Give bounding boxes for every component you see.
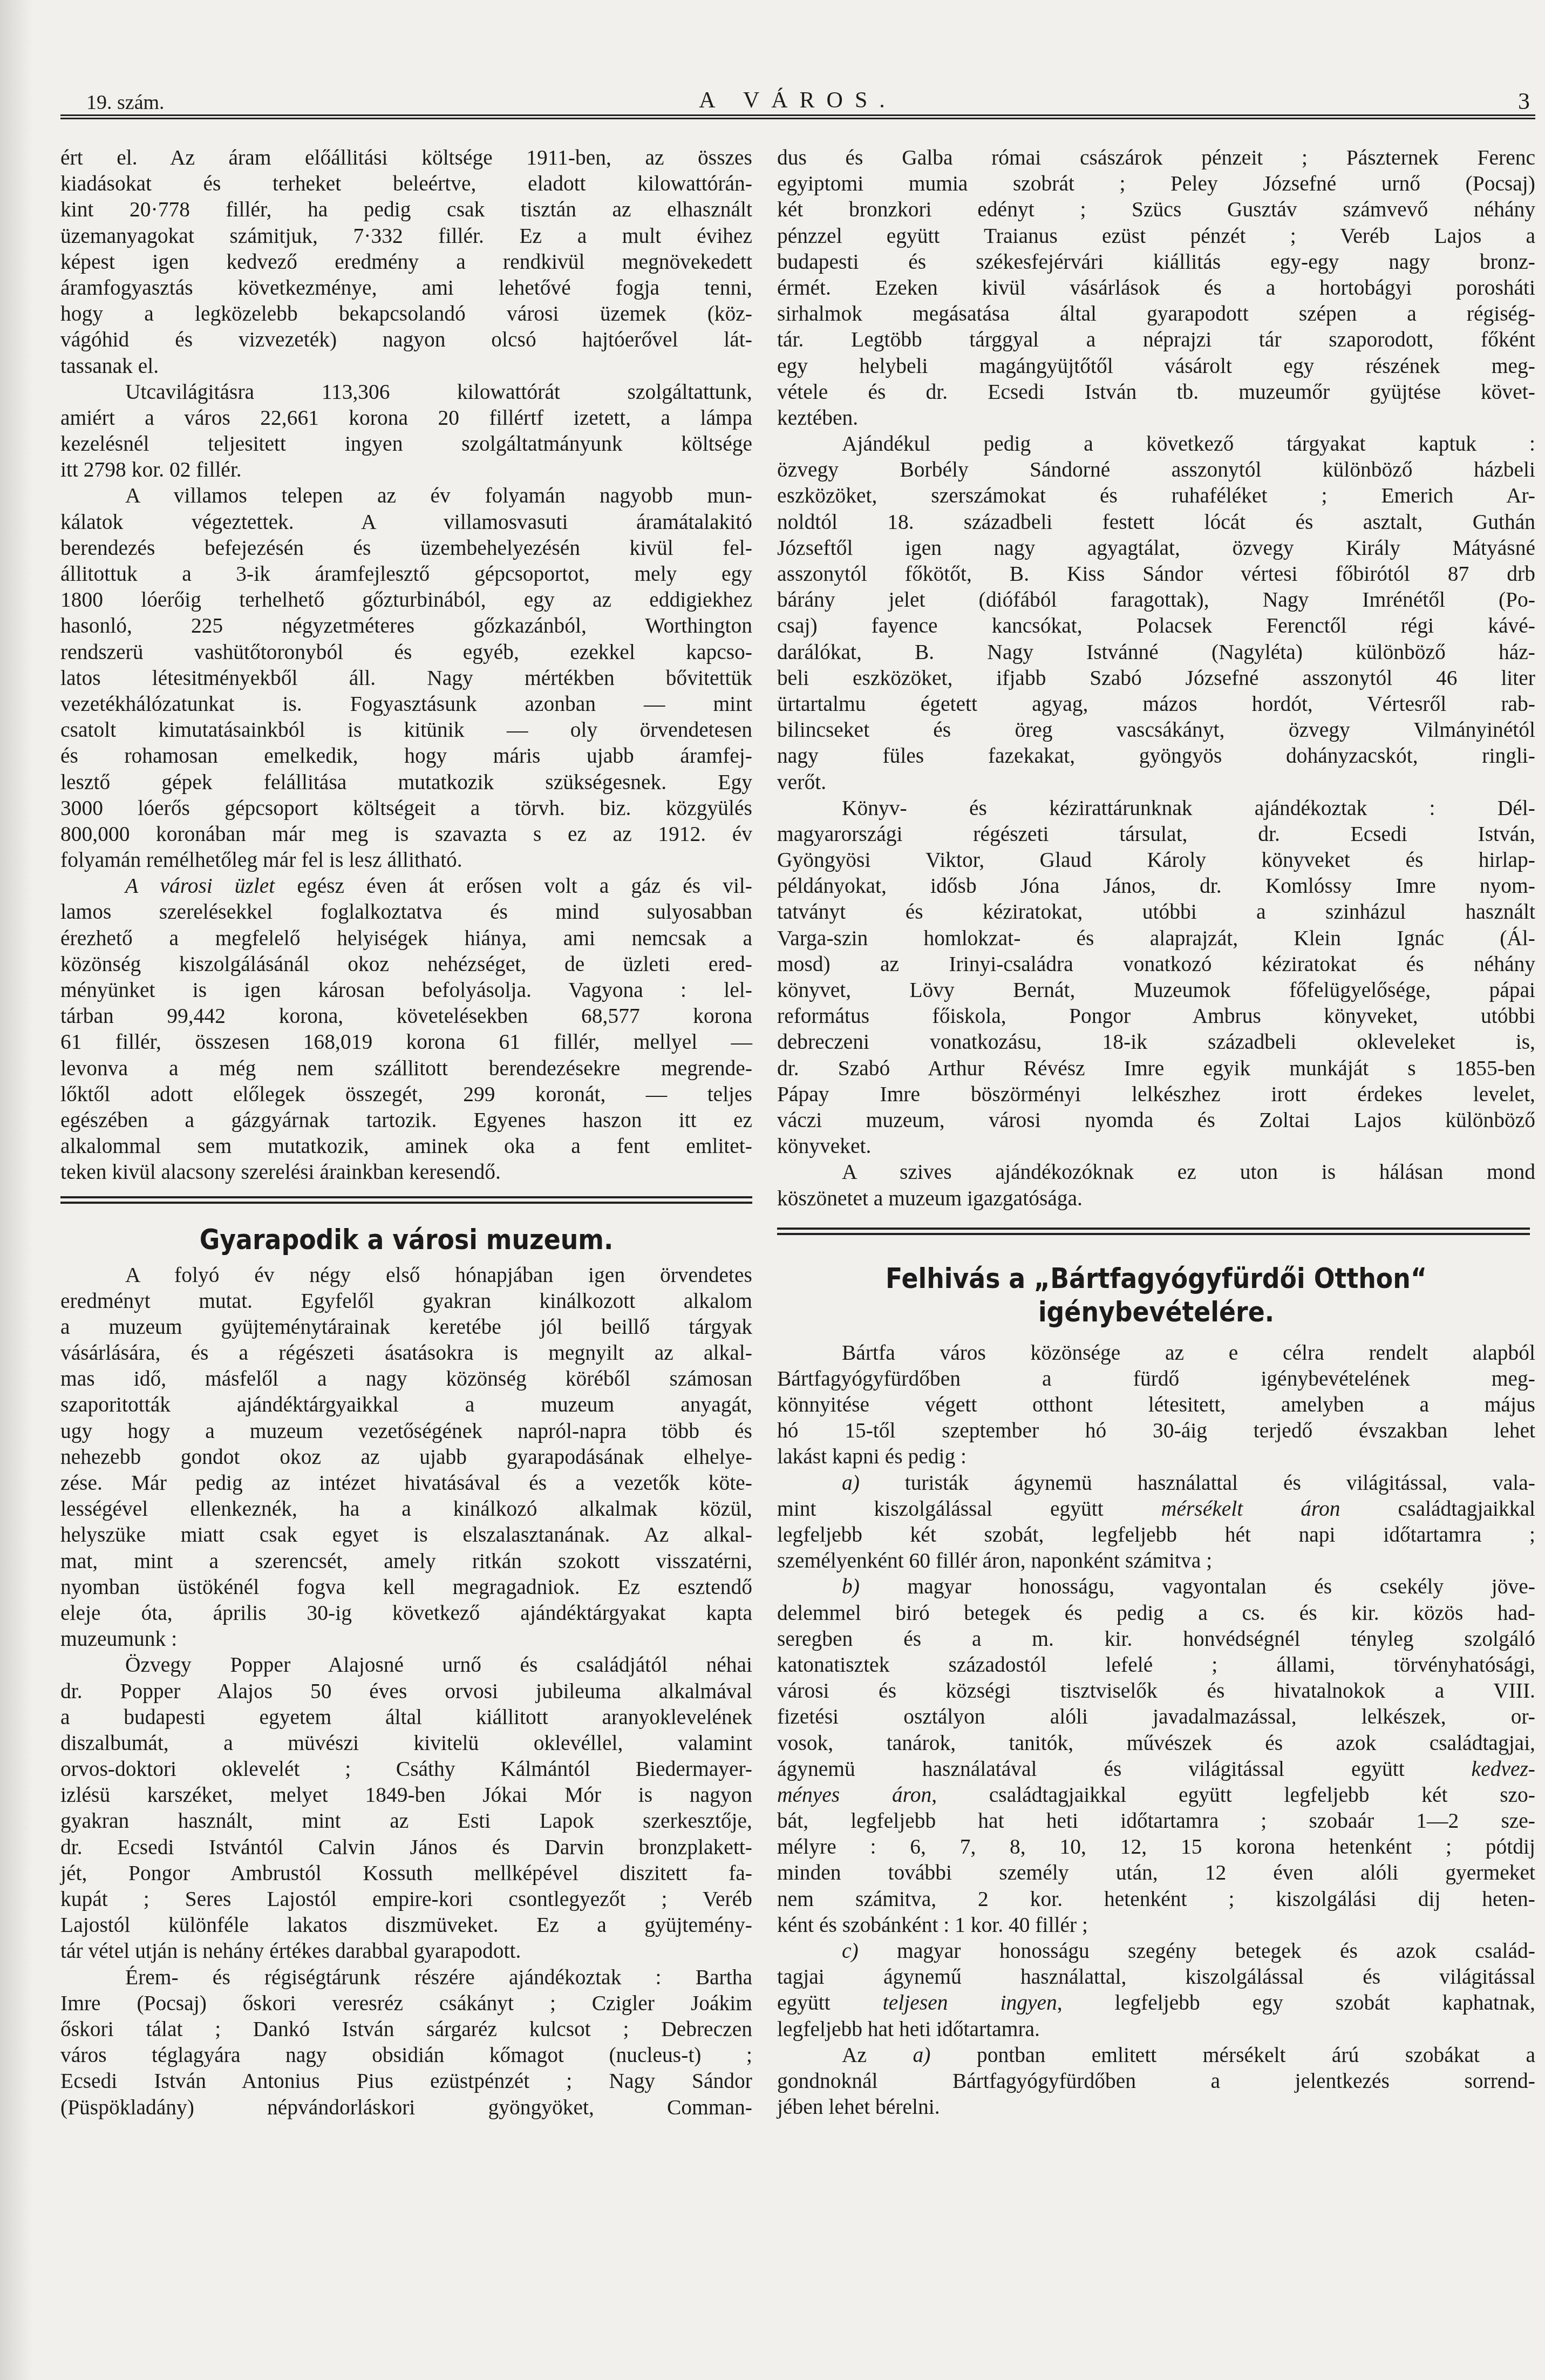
text-line: könyveket. [777, 1133, 1535, 1159]
text-line: jében lehet bérelni. [777, 2094, 1535, 2120]
text-line: amiért a város 22,661 korona 20 fillértf… [60, 405, 752, 431]
text-line: diszalbumát, a müvészi kivitelü oklevéll… [60, 1730, 752, 1756]
text-line: tagjai ágynemű használattal, kiszolgálás… [777, 1964, 1535, 1990]
text-line: dus és Galba római császárok pénzeit ; P… [777, 145, 1535, 171]
text-line: 61 fillér, összesen 168,019 korona 61 fi… [60, 1029, 752, 1055]
text-line: áramfogyasztás következménye, ami lehető… [60, 275, 752, 301]
text-line: gondnoknál Bártfagyógyfürdőben a jelentk… [777, 2068, 1535, 2094]
bartfa-article-heading-line2: igénybevételére. [822, 1296, 1489, 1329]
text-line: dr. Szabó Arthur Révész Imre egyik munká… [777, 1055, 1535, 1081]
text-line: lakást kapni és pedig : [777, 1443, 1535, 1469]
text-line: város téglagyára nagy obsidián kőmagot (… [60, 2042, 752, 2068]
section-divider-rule [60, 1196, 752, 1204]
text-line: bárány jelet (diófából faragottak), Nagy… [777, 587, 1535, 613]
text-line: pénzzel együtt Traianus ezüst pénzét ; V… [777, 223, 1535, 249]
text-line: Varga-szin homlokzat- és alaprajzát, Kle… [777, 925, 1535, 951]
text-line: a) turisták ágynemü használattal és vilá… [777, 1470, 1535, 1496]
text-line: vezetékhálózatunkat is. Fogyasztásunk az… [60, 691, 752, 717]
running-head: 19. szám. A VÁROS. 3 [60, 81, 1535, 113]
text-line: és rohamosan emelkedik, hogy máris ujabb… [60, 743, 752, 769]
text-line: mas idő, másfelől a nagy közönség körébő… [60, 1366, 752, 1392]
article-bartfa-home: Bártfa város közönsége az e célra rendel… [777, 1340, 1535, 2120]
text-line: egy helybeli magángyüjtőtől vásárolt egy… [777, 353, 1535, 379]
text-line: mélyre : 6, 7, 8, 10, 12, 15 korona hete… [777, 1834, 1535, 1860]
text-line: Lajostól különféle lakatos diszmüveket. … [60, 1912, 752, 1938]
text-line: latos létesitményekből áll. Nagy mértékb… [60, 665, 752, 691]
text-line: 1800 lóerőig terhelhető gőzturbinából, e… [60, 587, 752, 613]
text-line: fizetési osztályon alóli javadalmazással… [777, 1704, 1535, 1730]
text-line: tassanak el. [60, 353, 752, 379]
text-line: Ajándékul pedig a következő tárgyakat ka… [777, 431, 1535, 457]
text-line: keztében. [777, 405, 1535, 431]
text-line: hogy a legközelebb bekapcsolandó városi … [60, 301, 752, 327]
text-line: beli eszközöket, ifjabb Szabó Józsefné a… [777, 665, 1535, 691]
text-line: dr. Ecsedi Istvántól Calvin János és Dar… [60, 1834, 752, 1860]
text-line: legfeljebb hat heti időtartamra. [777, 2016, 1535, 2042]
page-edge-shadow [0, 0, 32, 2380]
text-line: ményünket is igen károsan befolyásolja. … [60, 977, 752, 1003]
text-line: tatványt és kéziratokat, utóbbi a szinhá… [777, 899, 1535, 925]
text-line: folyamán remélhetőleg már fel is lesz ál… [60, 847, 752, 873]
text-line: A villamos telepen az év folyamán nagyob… [60, 483, 752, 508]
text-line: ményes áron, családtagjaikkal együtt leg… [777, 1782, 1535, 1808]
text-line: nem számitva, 2 kor. hetenként ; kiszolg… [777, 1886, 1535, 1912]
text-line: teken kivül alacsony szerelési árainkban… [60, 1159, 752, 1185]
text-line: Ecsedi István Antonius Pius ezüstpénzét … [60, 2068, 752, 2094]
text-line: eredményt mutat. Egyfelől gyakran kinálk… [60, 1288, 752, 1314]
text-line: izlésü karszéket, melyet 1849-ben Jókai … [60, 1782, 752, 1808]
article-museum: A folyó év négy első hónapjában igen örv… [60, 1262, 752, 2120]
text-line: bát, legfeljebb hat heti időtartamra ; s… [777, 1808, 1535, 1834]
text-line: kálatok végeztettek. A villamosvasuti ár… [60, 509, 752, 535]
text-line: érmét. Ezeken kivül vásárlások és a hort… [777, 275, 1535, 301]
text-line: (Püspökladány) népvándorláskori gyöngyök… [60, 2094, 752, 2120]
text-line: ágynemü használatával és világitással eg… [777, 1756, 1535, 1782]
text-line: muzeumunk : [60, 1626, 752, 1652]
text-line: könyvet, Lövy Bernát, Muzeumok főfelügye… [777, 977, 1535, 1003]
text-line: gyakran használt, mint az Esti Lapok sze… [60, 1808, 752, 1834]
text-line: rendszerü vashütőtoronyból és egyéb, eze… [60, 639, 752, 665]
text-line: alkalommal sem mutatkozik, aminek oka a … [60, 1133, 752, 1159]
text-line: kiadásokat és terheket beleértve, eladot… [60, 171, 752, 196]
text-line: c) magyar honosságu szegény betegek és a… [777, 1938, 1535, 1964]
text-line: Bártfa város közönsége az e célra rendel… [777, 1340, 1535, 1366]
text-line: levonva a még nem szállitott berendezése… [60, 1055, 752, 1081]
text-line: érezhető a megfelelő helyiségek hiánya, … [60, 925, 752, 951]
text-line: közönség kiszolgálásánál okoz nehézséget… [60, 951, 752, 977]
text-line: tárban 99,442 korona, követelésekben 68,… [60, 1003, 752, 1029]
text-line: nagy füles fazekakat, gyöngyös dohányzac… [777, 743, 1535, 769]
text-line: mint kiszolgálással együtt mérsékelt áro… [777, 1496, 1535, 1522]
text-line: egészében a gázgyárnak tartozik. Egyenes… [60, 1107, 752, 1133]
text-line: köszönetet a muzeum igazgatósága. [777, 1185, 1535, 1211]
text-line: példányokat, idősb Jóna János, dr. Komló… [777, 873, 1535, 899]
text-line: lességével ellenkeznék, ha a kinálkozó a… [60, 1496, 752, 1522]
text-line: vágóhid és vizvezeték) nagyon olcsó hajt… [60, 327, 752, 352]
text-line: debreczeni vonatkozásu, 18-ik századbeli… [777, 1029, 1535, 1055]
text-line: egyiptomi mumia szobrát ; Peley Józsefné… [777, 171, 1535, 196]
text-line: b) magyar honosságu, vagyontalan és csek… [777, 1574, 1535, 1599]
text-line: szaporitották ajándéktárgyaikkal a muzeu… [60, 1392, 752, 1418]
text-line: Pápay Imre böszörményi lelkészhez irott … [777, 1081, 1535, 1107]
text-line: asszonytól főkötőt, B. Kiss Sándor vérte… [777, 561, 1535, 587]
text-line: darálókat, B. Nagy Istvánné (Nagyléta) k… [777, 639, 1535, 665]
text-line: hó 15-től szeptember hó 30-áig terjedő é… [777, 1418, 1535, 1443]
text-line: özvegy Borbély Sándorné asszonytól külön… [777, 457, 1535, 483]
left-column: ért el. Az áram előállitási költsége 191… [60, 145, 752, 2120]
text-line: Az a) pontban emlitett mérsékelt árú szo… [777, 2042, 1535, 2068]
text-line: legfeljebb két szobát, legfeljebb hét na… [777, 1522, 1535, 1548]
text-line: csatolt kimutatásainkból is kitünik — ol… [60, 717, 752, 743]
text-line: helyszüke miatt csak egyet is elszalaszt… [60, 1522, 752, 1548]
article-electric-works: ért el. Az áram előállitási költsége 191… [60, 145, 752, 1185]
text-line: vétele és dr. Ecsedi István tb. muzeumőr… [777, 379, 1535, 405]
text-line: kezelésnél teljesitett ingyen szolgáltat… [60, 431, 752, 457]
text-line: eleje óta, április 30-ig következő ajánd… [60, 1600, 752, 1626]
text-line: berendezés befejezésén és üzembehelyezés… [60, 535, 752, 561]
text-line: dr. Popper Alajos 50 éves orvosi jubileu… [60, 1678, 752, 1704]
text-line: magyarországi régészeti társulat, dr. Ec… [777, 821, 1535, 847]
text-line: képest igen kedvező eredmény a rendkivül… [60, 249, 752, 275]
text-line: lesztő gépek felállitása mutatkozik szük… [60, 769, 752, 795]
text-line: lamos szerelésekkel foglalkoztatva és mi… [60, 899, 752, 925]
text-line: csaj) fayence kancsókat, Polacsek Ferenc… [777, 613, 1535, 639]
text-line: a muzeum gyüjteménytárainak keretébe jól… [60, 1314, 752, 1340]
text-line: zése. Már pedig az intézet hivatásával é… [60, 1470, 752, 1496]
text-line: eszközöket, szerszámokat és ruhaféléket … [777, 483, 1535, 508]
text-line: Bártfagyógyfürdőben a fürdő igénybevétel… [777, 1366, 1535, 1392]
text-line: minden további személy után, 12 éven aló… [777, 1860, 1535, 1886]
text-line: nyomban üstökénél fogva kell megragadnio… [60, 1574, 752, 1600]
text-line: kint 20·778 fillér, ha pedig csak tisztá… [60, 196, 752, 222]
text-line: Utcavilágitásra 113,306 kilowattórát szo… [60, 379, 752, 405]
text-line: református főiskola, Pongor Ambrus könyv… [777, 1003, 1535, 1029]
header-rule [60, 114, 1535, 119]
text-line: katonatisztek századostól lefelé ; állam… [777, 1652, 1535, 1678]
text-line: ugy hogy a muzeum vezetőségének napról-n… [60, 1418, 752, 1444]
text-line: delemmel biró betegek és pedig a cs. és … [777, 1600, 1535, 1626]
text-line: vásárlására, és a régészeti ásatásokra i… [60, 1340, 752, 1366]
text-line: noldtól 18. századbeli festett lócát és … [777, 509, 1535, 535]
text-line: jét, Pongor Ambrustól Kossuth mellképéve… [60, 1860, 752, 1886]
text-line: sirhalmok megásatása által gyarapodott s… [777, 301, 1535, 327]
section-divider-rule [777, 1228, 1530, 1235]
right-column: dus és Galba római császárok pénzeit ; P… [777, 145, 1535, 2120]
text-line: A városi üzlet egész éven át erősen volt… [60, 873, 752, 899]
text-line: együtt teljesen ingyen, legfeljebb egy s… [777, 1990, 1535, 2016]
text-line: budapesti és székesfejérvári kiállitás e… [777, 249, 1535, 275]
page-number: 3 [1518, 87, 1530, 115]
article-museum-continued: dus és Galba római császárok pénzeit ; P… [777, 145, 1535, 1211]
text-line: nehezebb gondot okoz az ujabb gyarapodás… [60, 1444, 752, 1470]
text-line: 3000 lóerős gépcsoport költségeit a törv… [60, 795, 752, 821]
text-line: városi és községi tisztviselők és hivata… [777, 1678, 1535, 1704]
text-line: Gyöngyösi Viktor, Glaud Károly könyveket… [777, 847, 1535, 873]
text-line: Józseftől igen nagy agyagtálat, özvegy K… [777, 535, 1535, 561]
text-line: itt 2798 kor. 02 fillér. [60, 457, 752, 483]
text-line: seregben és a m. kir. honvédségnél tényl… [777, 1626, 1535, 1652]
text-line: mosd) az Irinyi-családra vonatkozó kézir… [777, 951, 1535, 977]
text-line: Érem- és régiségtárunk részére ajándékoz… [60, 1964, 752, 1990]
text-line: könnyitése végett otthont létesitett, am… [777, 1392, 1535, 1418]
bartfa-article-heading-line1: Felhivás a „Bártfagyógyfürdői Otthon“ [822, 1262, 1489, 1296]
text-line: A folyó év négy első hónapjában igen örv… [60, 1262, 752, 1288]
text-line: Imre (Pocsaj) őskori veresréz csákányt ;… [60, 1990, 752, 2016]
text-line: verőt. [777, 769, 1535, 795]
text-line: személyenként 60 fillér áron, naponként … [777, 1548, 1535, 1574]
text-line: tár vétel utján is nehány értékes darabb… [60, 1938, 752, 1964]
text-line: ért el. Az áram előállitási költsége 191… [60, 145, 752, 171]
text-line: 800,000 koronában már meg is szavazta s … [60, 821, 752, 847]
text-line: A szives ajándékozóknak ez uton is hálás… [777, 1159, 1535, 1185]
text-line: mat, mint a szerencsét, amely ritkán szo… [60, 1548, 752, 1574]
text-line: hasonló, 225 négyzetméteres gőzkazánból,… [60, 613, 752, 639]
text-line: Özvegy Popper Alajosné urnő és családját… [60, 1652, 752, 1678]
text-line: ként és szobánként : 1 kor. 40 fillér ; [777, 1912, 1535, 1938]
text-line: orvos-doktori oklevelét ; Csáthy Kálmánt… [60, 1756, 752, 1782]
text-line: lőktől adott előlegek összegét, 299 koro… [60, 1081, 752, 1107]
text-line: a budapesti egyetem által kiállitott ara… [60, 1704, 752, 1730]
text-line: Könyv- és kézirattárunknak ajándékoztak … [777, 795, 1535, 821]
text-line: őskori tálat ; Dankó István sárgaréz kul… [60, 2016, 752, 2042]
publication-title: A VÁROS. [60, 87, 1535, 113]
text-line: két bronzkori edényt ; Szücs Gusztáv szá… [777, 196, 1535, 222]
museum-article-heading: Gyarapodik a városi muzeum. [102, 1223, 711, 1257]
text-line: ürtartalmu égetett agyag, mázos hordót, … [777, 691, 1535, 717]
text-line: üzemanyagokat számitjuk, 7·332 fillér. E… [60, 223, 752, 249]
text-line: vosok, tanárok, tanitók, művészek és azo… [777, 1730, 1535, 1756]
text-line: tár. Legtöbb tárggyal a néprajzi tár sza… [777, 327, 1535, 352]
text-line: váczi muzeum, városi nyomda és Zoltai La… [777, 1107, 1535, 1133]
text-line: bilincseket és öreg vascsákányt, özvegy … [777, 717, 1535, 743]
text-line: állitottuk a 3-ik áramfejlesztő gépcsopo… [60, 561, 752, 587]
text-line: kupát ; Seres Lajostól empire-kori csont… [60, 1886, 752, 1912]
